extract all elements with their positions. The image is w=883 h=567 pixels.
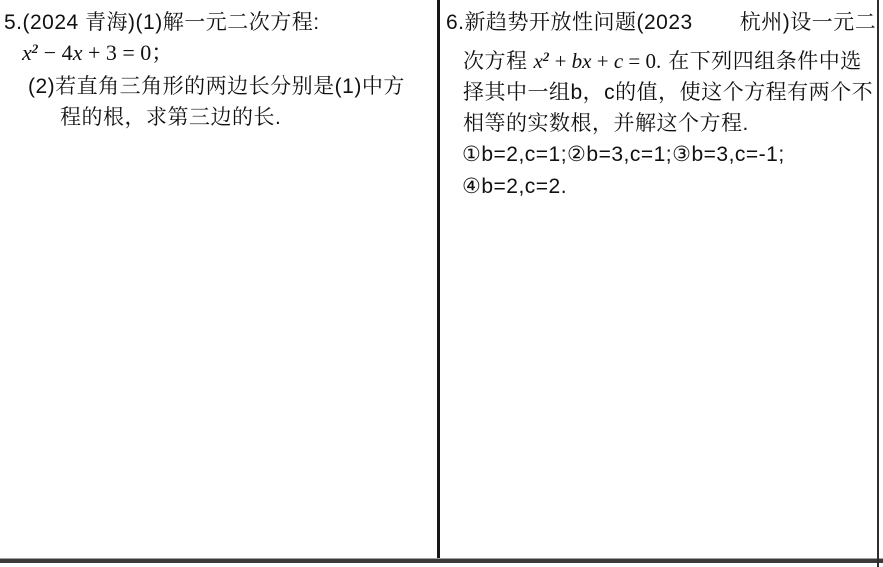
math-term-bx: bx [572,49,592,73]
math-operator: + [592,49,614,73]
problem-6-line2-post: 在下列四组条件中选 [668,50,862,73]
math-variable-x: x [534,49,543,73]
problem-6-options-line1: ①b=2,c=1;②b=3,c=1;③b=3,c=-1; [462,140,785,170]
problem-6-line2: 次方程x2 + bx + c = 0.在下列四组条件中选 [463,46,862,77]
math-variable-c: c [614,49,623,73]
worksheet-page: 5.(2024 青海)(1)解一元二次方程: x2 − 4x + 3 = 0； … [0,0,883,567]
math-variable-x: x [22,40,32,65]
problem-5-equation: x2 − 4x + 3 = 0； [22,38,173,68]
math-variable-x: x [73,40,83,65]
problem-6-line4: 相等的实数根，并解这个方程. [463,109,749,139]
problem-6-equation: x2 + bx + c = 0. [534,49,662,73]
problem-6-title: 6.新趋势开放性问题(2023杭州)设一元二 [446,8,876,38]
problem-6-line3: 择其中一组b，c的值，使这个方程有两个不 [463,78,873,108]
problem-5-part2-line1: (2)若直角三角形的两边长分别是(1)中方 [28,72,405,102]
problem-5-part2-line2: 程的根，求第三边的长. [60,103,281,133]
math-equation-tail: + 3 = 0； [82,40,173,65]
column-divider [437,0,440,562]
math-operator-term: − 4 [38,40,72,65]
problem-6-options-line2: ④b=2,c=2. [462,172,567,202]
bottom-border [0,558,883,563]
math-equation-tail: = 0. [623,49,661,73]
problem-6-title-right: 杭州)设一元二 [740,11,877,34]
right-border [877,0,879,567]
problem-6-title-left: 6.新趋势开放性问题(2023 [446,11,693,34]
math-operator: + [549,49,571,73]
problem-6-line2-pre: 次方程 [463,50,528,73]
problem-5-title: 5.(2024 青海)(1)解一元二次方程: [4,8,320,38]
